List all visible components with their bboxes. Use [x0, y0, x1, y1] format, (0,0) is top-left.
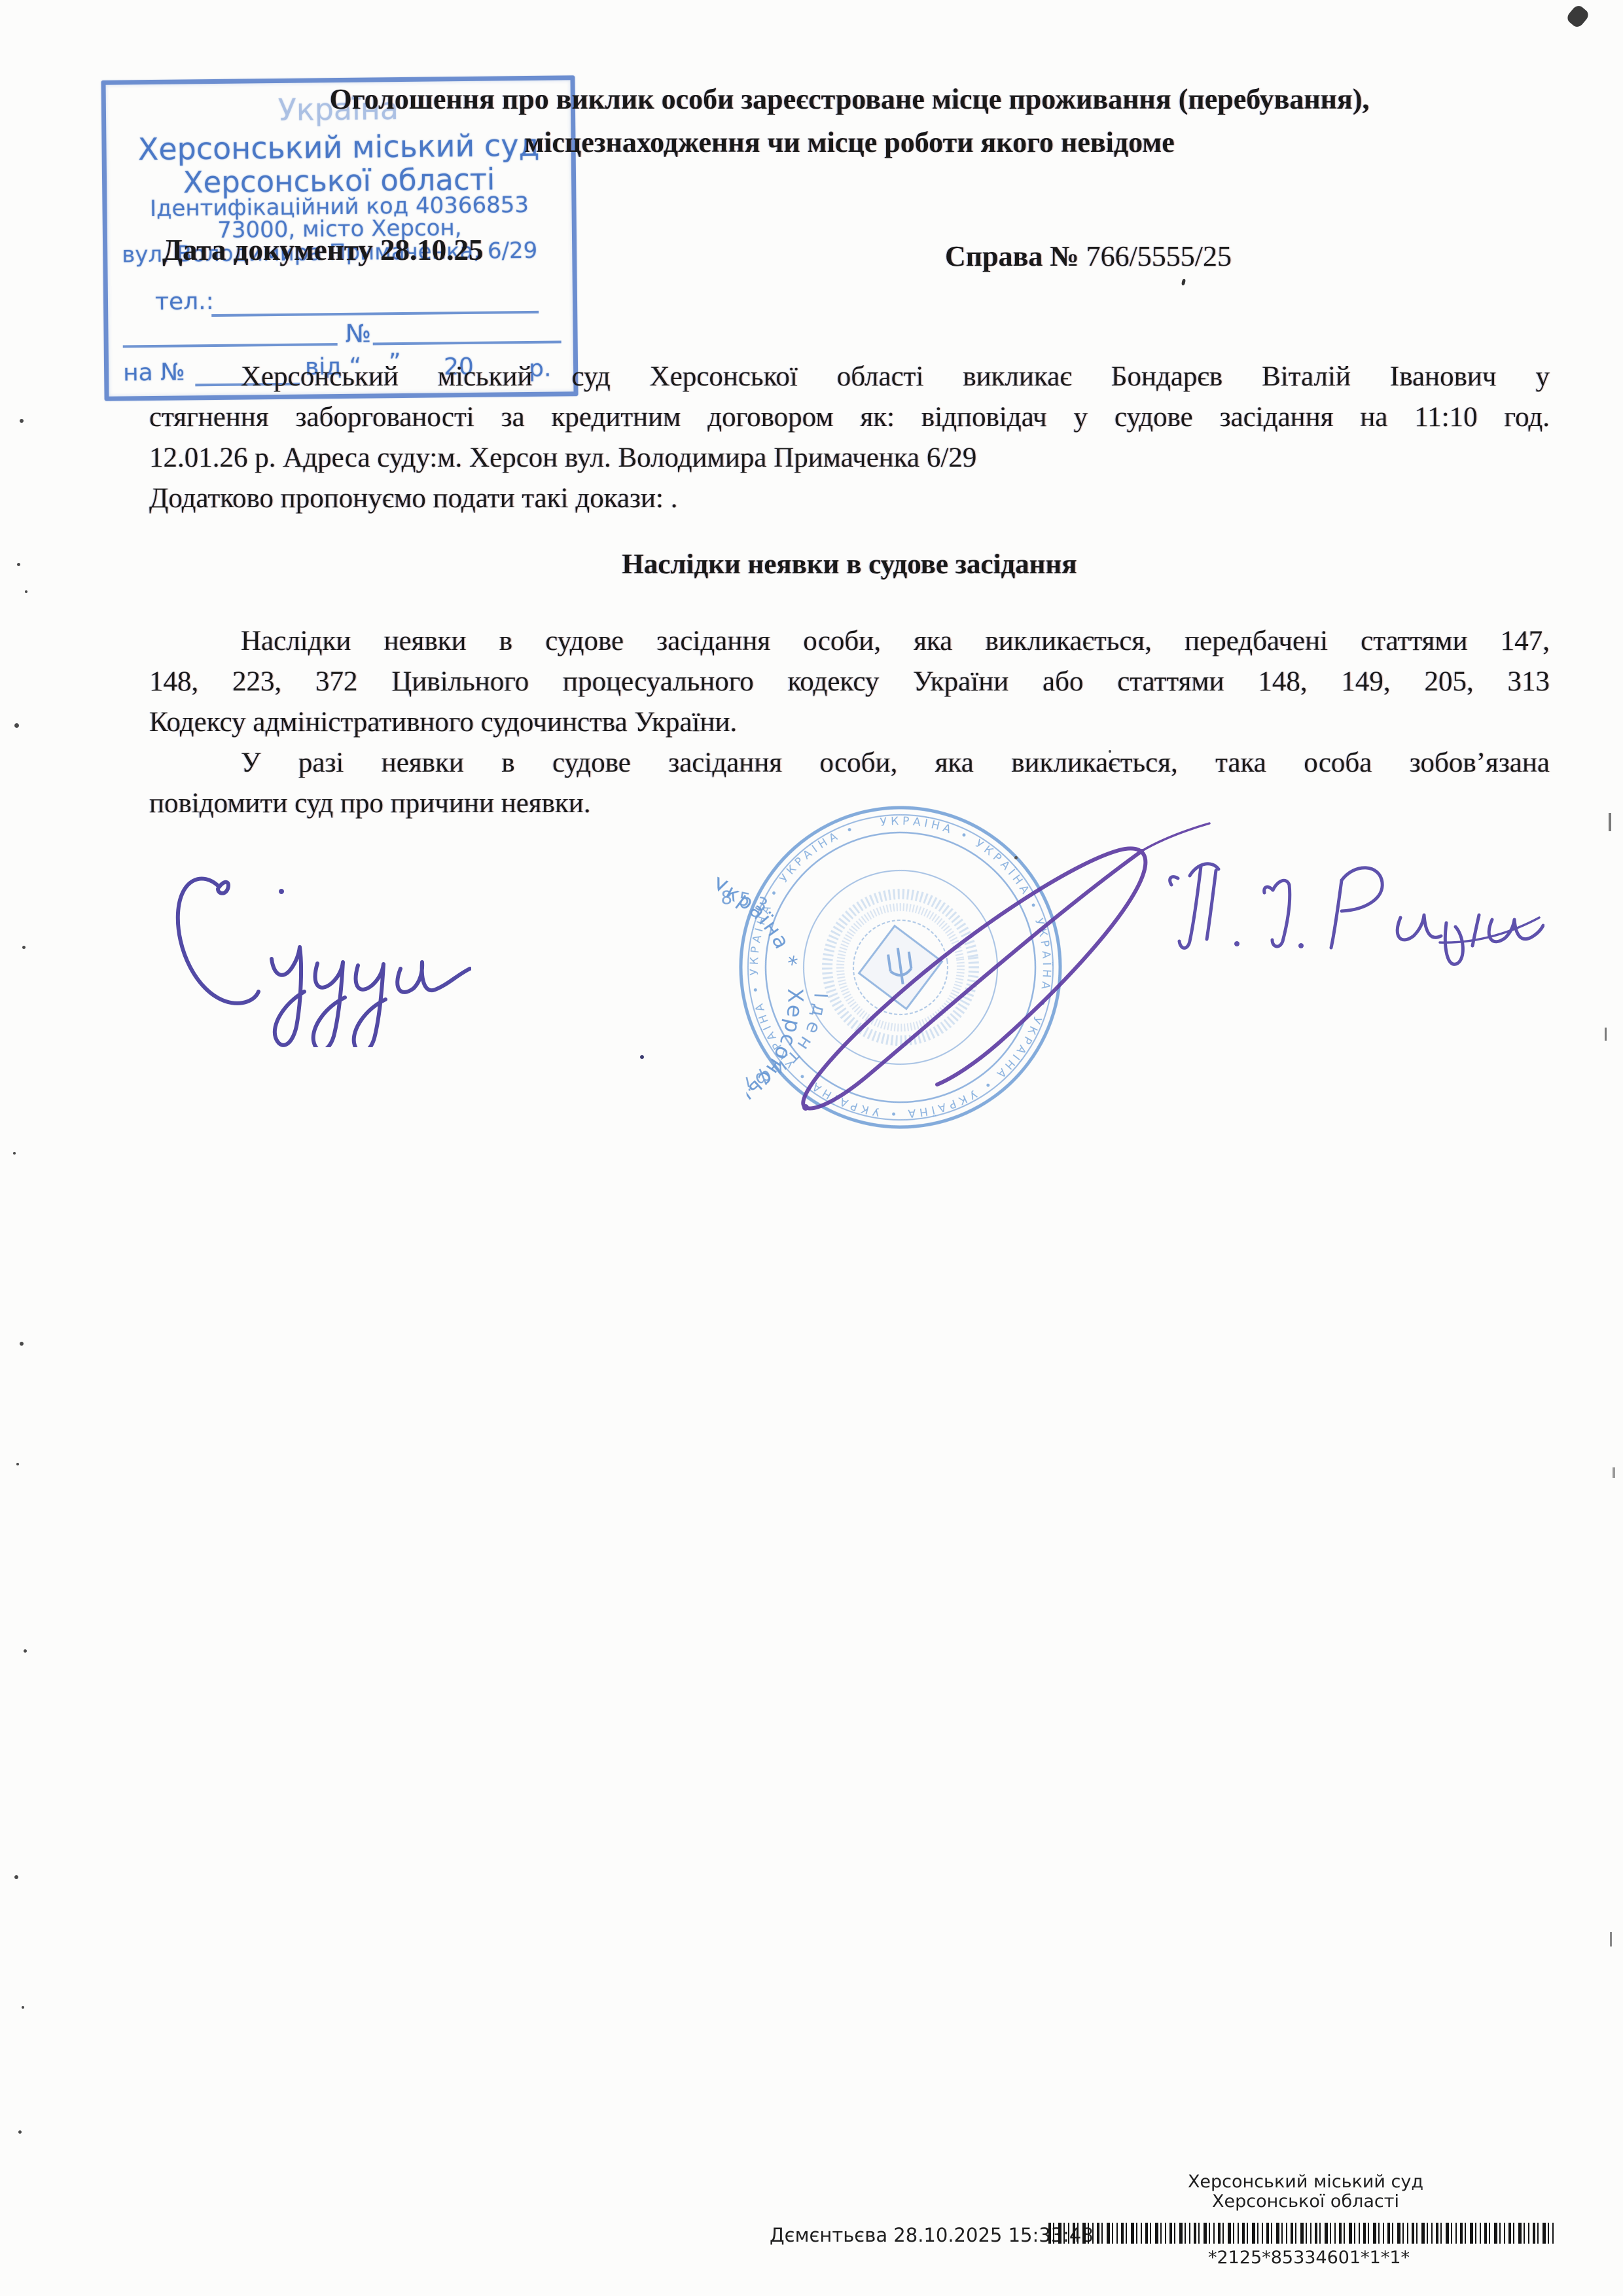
document-barcode	[1048, 2223, 1556, 2244]
corner-scan-mark	[1565, 3, 1590, 29]
judge-name-signature	[1139, 844, 1544, 975]
body-line: 148, 223, 372 Цивільного процесуального …	[149, 664, 1550, 700]
scan-speck	[20, 1342, 24, 1346]
body-line: стягнення заборгованості за кредитним до…	[149, 399, 1550, 436]
body-line: Наслідки неявки в судове засідання особи…	[149, 623, 1550, 660]
body-line: 12.01.26 р. Адреса суду:м. Херсон вул. В…	[149, 440, 1550, 476]
scan-speck	[13, 1152, 16, 1155]
scan-speck	[18, 2130, 22, 2134]
body-line: У разі неявки в судове засідання особи, …	[149, 745, 1550, 781]
title-line-2: місцезнаходження чи місце роботи якого н…	[149, 126, 1550, 159]
scan-speck	[20, 419, 24, 423]
body-line: Додатково пропонуємо подати такі докази:…	[149, 480, 1550, 517]
body-line: Кодексу адміністративного судочинства Ук…	[149, 704, 1550, 741]
title-line-1: Оголошення про виклик особи зареєстрован…	[149, 82, 1550, 116]
document-date-label: Дата документу 28.10.25	[162, 233, 483, 267]
scan-speck	[14, 723, 19, 728]
stray-comma-mark	[1181, 279, 1186, 286]
stamp-phone-underline	[211, 311, 539, 317]
scan-speck	[22, 946, 26, 949]
footer-court-line-2: Херсонської області	[1152, 2191, 1459, 2212]
edge-scan-mark	[1610, 1932, 1612, 1946]
judge-word-handwriting	[157, 851, 471, 1047]
barcode-text: *2125*85334601*1*1*	[1178, 2248, 1440, 2268]
stamp-number-underline-left	[123, 343, 338, 348]
edge-scan-mark	[1605, 1028, 1607, 1041]
footer-print-info: Дємєнтьєва 28.10.2025 15:33:48	[770, 2224, 1094, 2246]
scanned-court-document: Україна Херсонський міський суд Херсонсь…	[0, 0, 1623, 2296]
scan-speck	[17, 563, 20, 566]
scan-speck	[25, 590, 27, 593]
body-line: Херсонський міський суд Херсонської обла…	[149, 359, 1550, 395]
scan-speck	[22, 2006, 24, 2009]
footer-court-line-1: Херсонський міський суд	[1152, 2172, 1459, 2192]
case-number: 766/5555/25	[1086, 240, 1232, 272]
stamp-number-sign: №	[345, 319, 371, 348]
edge-scan-mark	[1609, 813, 1611, 831]
scan-speck	[24, 1649, 27, 1653]
scan-speck	[1109, 750, 1111, 753]
scan-speck	[14, 1875, 18, 1879]
case-number-line: Справа № 766/5555/25	[945, 240, 1232, 273]
stamp-number-underline-right	[373, 340, 562, 345]
case-label: Справа №	[945, 240, 1079, 272]
scan-speck	[16, 1463, 19, 1465]
edge-scan-mark	[1613, 1467, 1615, 1478]
stamp-phone-label: тел.:	[155, 288, 214, 315]
scan-speck	[1014, 856, 1018, 859]
section-heading: Наслідки неявки в судове засідання	[149, 548, 1550, 581]
scan-speck	[640, 1055, 644, 1059]
